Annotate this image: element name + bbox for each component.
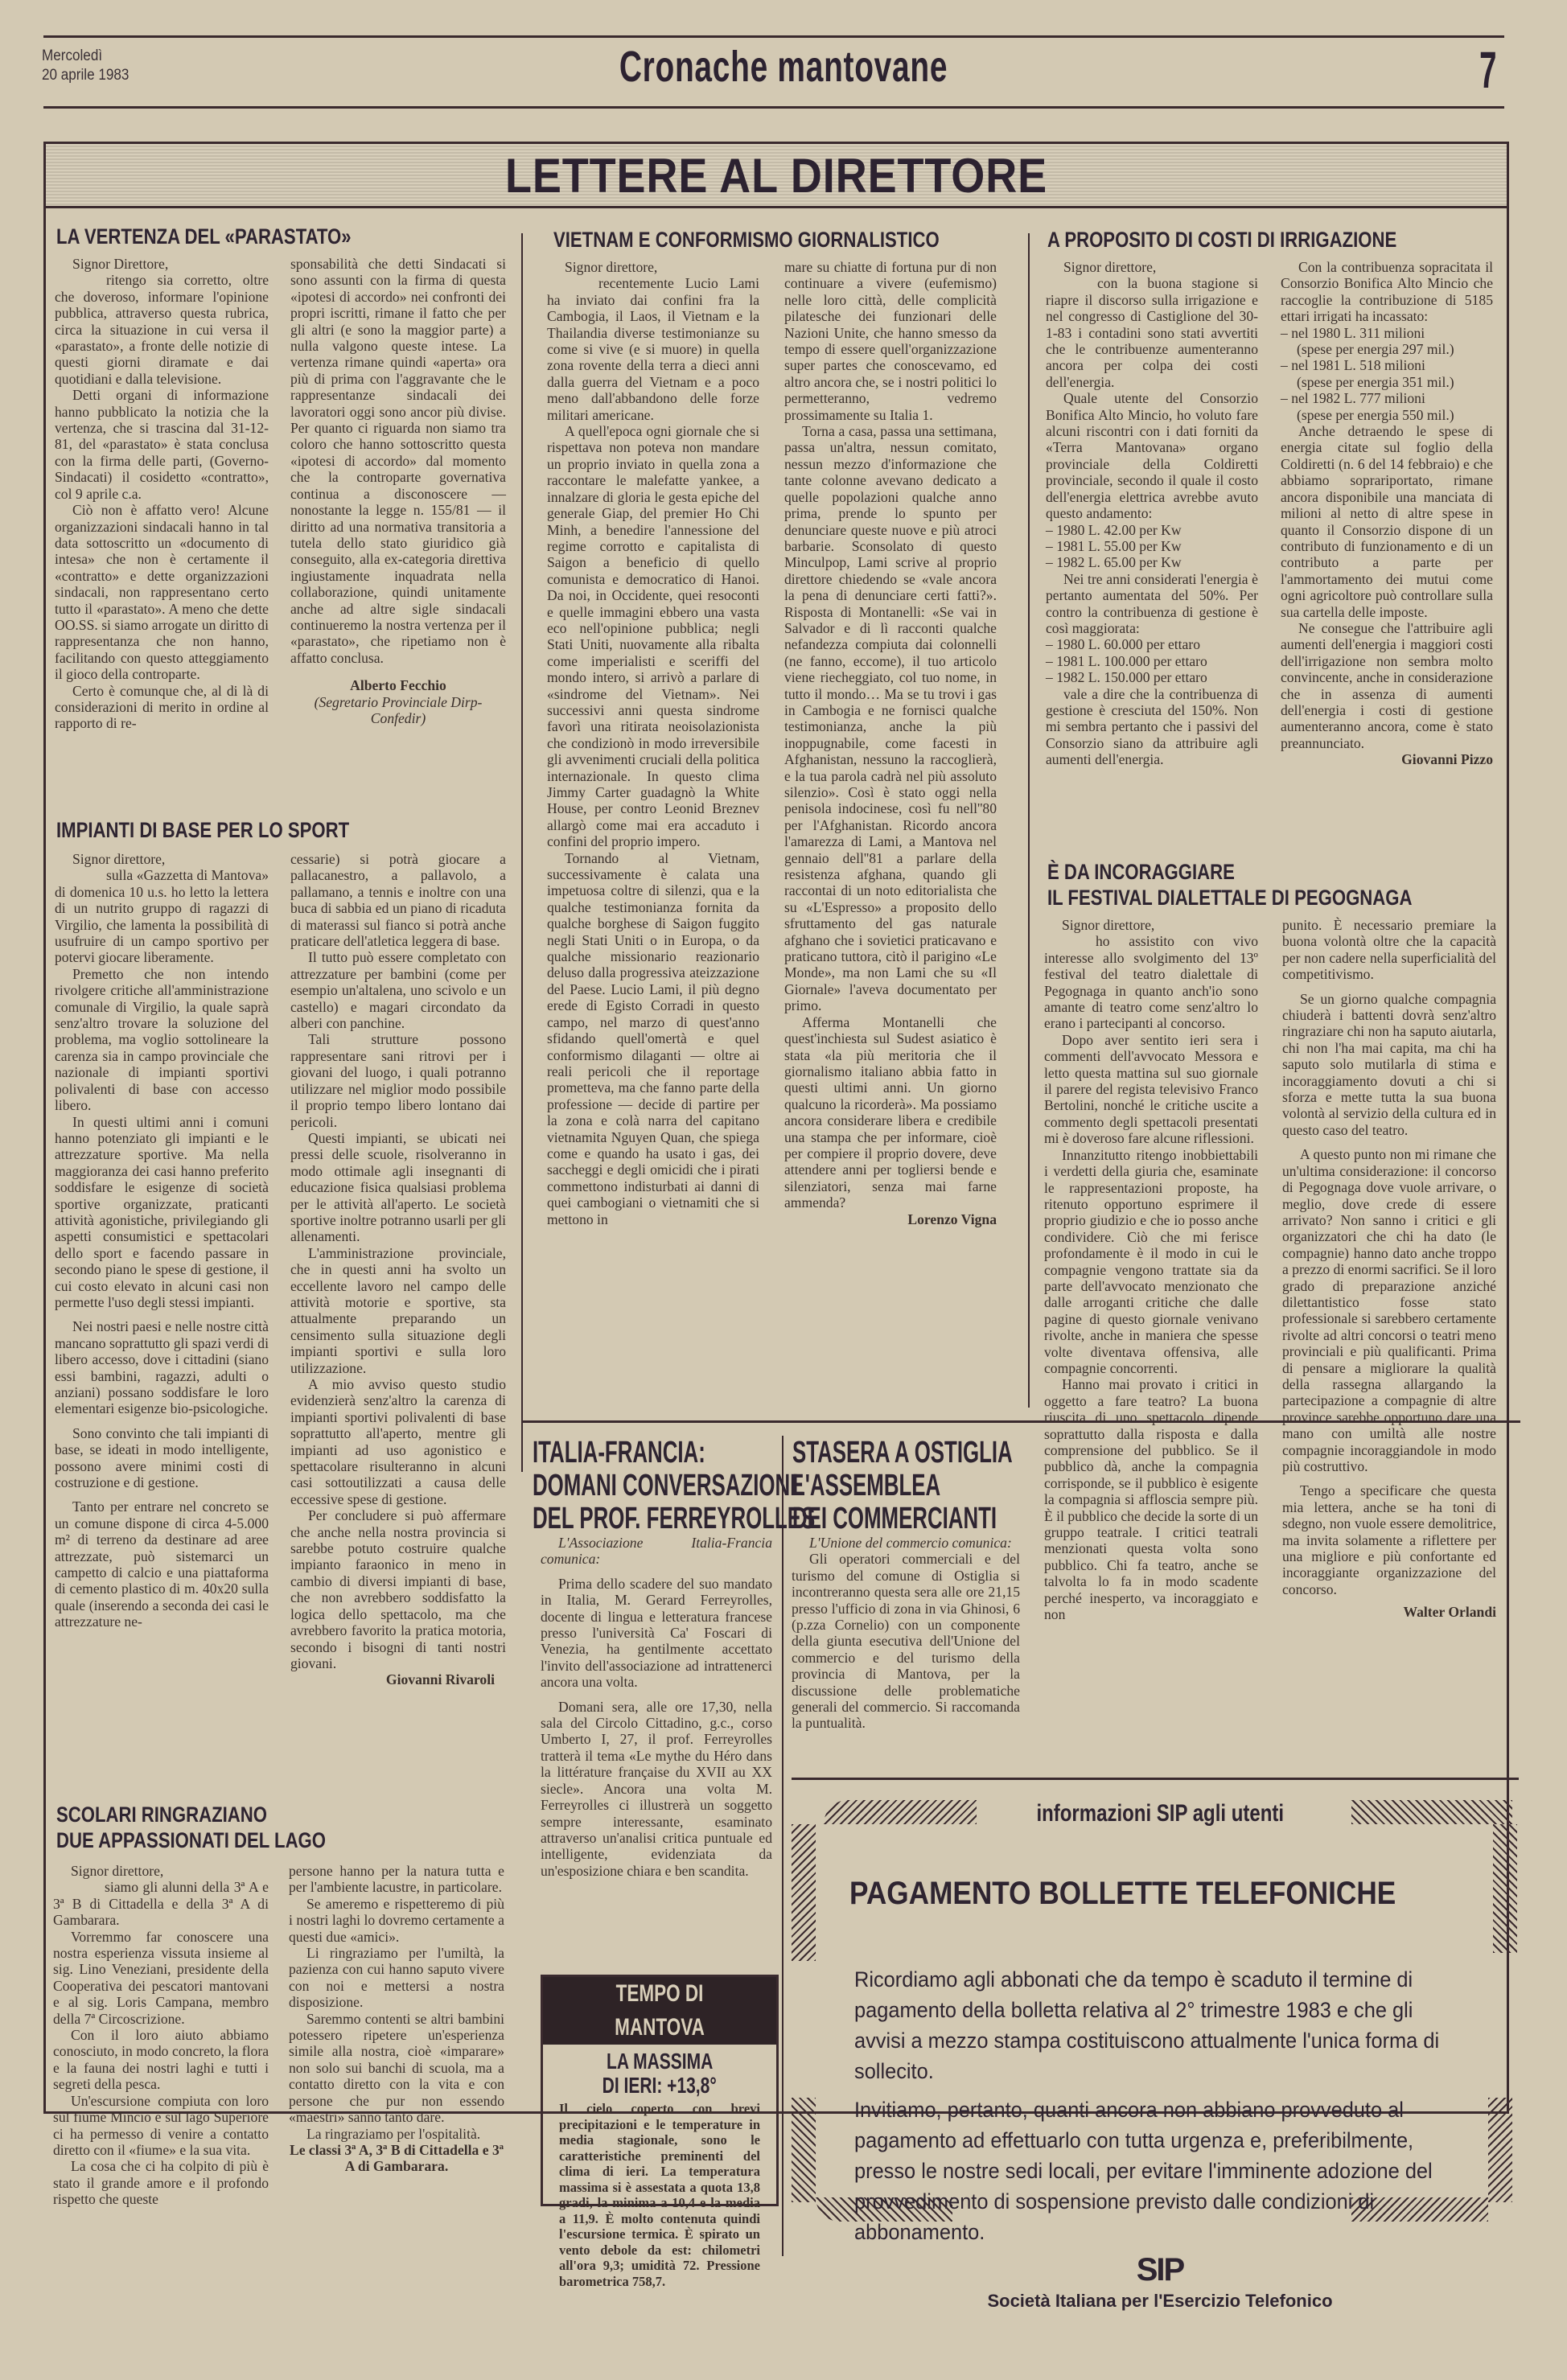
paragraph: Ciò non è affatto vero! Alcune organizza… bbox=[55, 502, 269, 682]
paragraph: Vorremmo far conoscere una nostra esperi… bbox=[53, 1929, 269, 2027]
sip-advertisement: informazioni SIP agli utenti PAGAMENTO B… bbox=[792, 1779, 1528, 2262]
revenue-item: – nel 1981 L. 518 milioni bbox=[1281, 357, 1493, 373]
headline-italia-francia: ITALIA-FRANCIA: DOMANI CONVERSAZIONE DEL… bbox=[533, 1437, 815, 1535]
energy-cost-item: – 1980 L. 42.00 per Kw bbox=[1046, 522, 1258, 538]
headline-line: IL FESTIVAL DIALETTALE DI PEGOGNAGA bbox=[1047, 885, 1412, 910]
paragraph: Certo è comunque che, al di là di consid… bbox=[55, 683, 269, 732]
headline-line: DUE APPASSIONATI DEL LAGO bbox=[56, 1827, 326, 1853]
headline-irrigazione: A PROPOSITO DI COSTI DI IRRIGAZIONE bbox=[1047, 227, 1396, 253]
headline-parastato: LA VERTENZA DEL «PARASTATO» bbox=[56, 224, 352, 249]
pegognaga-col1: Signor direttore, ho assistito con vivo … bbox=[1044, 917, 1258, 1622]
paragraph: Detti organi di informazione hanno pubbl… bbox=[55, 387, 269, 502]
paragraph: Tornando al Vietnam, successivamente è c… bbox=[547, 850, 759, 1227]
signature: Walter Orlandi bbox=[1282, 1604, 1496, 1620]
paragraph: Nei nostri paesi e nelle nostre città ma… bbox=[55, 1318, 269, 1416]
headline-line: DOMANI CONVERSAZIONE bbox=[533, 1470, 815, 1502]
headline-line: STASERA A OSTIGLIA bbox=[792, 1437, 1013, 1470]
headline-vietnam: VIETNAM E CONFORMISMO GIORNALISTICO bbox=[553, 227, 940, 253]
paragraph: Prima dello scadere del suo mandato in I… bbox=[541, 1576, 772, 1691]
masthead-date: Mercoledì 20 aprile 1983 bbox=[42, 47, 129, 85]
paragraph: L'amministrazione provinciale, che in qu… bbox=[290, 1245, 506, 1376]
sport-col1: Signor direttore, sulla «Gazzetta di Man… bbox=[55, 851, 269, 1630]
signature-role: (Segretario Provinciale Dirp-Confedir) bbox=[290, 694, 506, 727]
paragraph: La cosa che ci ha colpito di più è stato… bbox=[53, 2158, 269, 2207]
paragraph: Con la contribuenza sopracitata il Conso… bbox=[1281, 259, 1493, 325]
headline-line: L'ASSEMBLEA bbox=[792, 1470, 1013, 1502]
scolari-col2: persone hanno per la natura tutta e per … bbox=[289, 1863, 504, 2175]
paragraph: Saremmo contenti se altri bambini potess… bbox=[289, 2011, 504, 2126]
weather-label: TEMPO DI MANTOVA bbox=[543, 1977, 776, 2045]
column-divider bbox=[1028, 233, 1030, 1408]
pegognaga-col2: punito. È necessario premiare la buona v… bbox=[1282, 917, 1496, 1621]
paragraph: Gli operatori commerciali e del turismo … bbox=[792, 1551, 1020, 1731]
paragraph: mare su chiatte di fortuna pur di non co… bbox=[784, 259, 997, 423]
headline-line: ITALIA-FRANCIA: bbox=[533, 1437, 815, 1470]
paragraph: Li ringraziamo per l'umiltà, la pazienza… bbox=[289, 1945, 504, 2011]
paragraph: Con il loro aiuto abbiamo conosciuto, in… bbox=[53, 2027, 269, 2093]
paragraph: Dopo aver sentito ieri sera i commenti d… bbox=[1044, 1032, 1258, 1147]
paragraph: cessarie) si potrà giocare a pallacanest… bbox=[290, 851, 506, 949]
banner-title: LETTERE AL DIRETTORE bbox=[119, 144, 1433, 208]
paragraph: Afferma Montanelli che quest'inchiesta s… bbox=[784, 1014, 997, 1211]
paragraph: Hanno mai provato i critici in oggetto a… bbox=[1044, 1376, 1258, 1622]
masthead-bottom-rule bbox=[43, 106, 1504, 109]
paragraph: Per concludere si può affermare che anch… bbox=[290, 1507, 506, 1671]
signature: Giovanni Pizzo bbox=[1281, 751, 1493, 767]
ostiglia-body: L'Unione del commercio comunica: Gli ope… bbox=[792, 1535, 1020, 1732]
hatch-decoration bbox=[1493, 1824, 1517, 1953]
energy-cost-item: – 1982 L. 65.00 per Kw bbox=[1046, 554, 1258, 570]
revenue-item: – nel 1982 L. 777 milioni bbox=[1281, 390, 1493, 406]
fee-item: – 1981 L. 100.000 per ettaro bbox=[1046, 653, 1258, 669]
paragraph: Innanzitutto ritengo inobbiettabili i ve… bbox=[1044, 1147, 1258, 1377]
paragraph: Tanto per entrare nel concreto se un com… bbox=[55, 1498, 269, 1630]
column-divider bbox=[521, 233, 523, 1472]
sip-logo: SIP bbox=[792, 2252, 1528, 2288]
salutation: Signor direttore, bbox=[55, 851, 269, 867]
paragraph: A mio avviso questo studio evidenzierà s… bbox=[290, 1376, 506, 1507]
paragraph: Un'escursione compiuta con loro sul fium… bbox=[53, 2093, 269, 2159]
paragraph: La ringraziamo per l'ospitalità. bbox=[289, 2126, 504, 2142]
signature: Giovanni Rivaroli bbox=[290, 1671, 506, 1687]
paragraph: Tengo a specificare che questa mia lette… bbox=[1282, 1482, 1496, 1597]
scolari-col1: Signor direttore, siamo gli alunni della… bbox=[53, 1863, 269, 2208]
fee-item: – 1980 L. 60.000 per ettaro bbox=[1046, 636, 1258, 652]
weather-headline: LA MASSIMA DI IERI: +13,8° bbox=[543, 2049, 776, 2098]
paragraph: Anche detraendo le spese di energia cita… bbox=[1281, 423, 1493, 620]
headline-line: È DA INCORAGGIARE bbox=[1047, 859, 1412, 885]
paragraph: ritengo sia corretto, oltre che doveroso… bbox=[55, 272, 269, 387]
ad-paragraph-2: Invitiamo, pertanto, quanti ancora non a… bbox=[854, 2094, 1444, 2247]
weather-box: TEMPO DI MANTOVA LA MASSIMA DI IERI: +13… bbox=[541, 1975, 779, 2206]
headline-scolari: SCOLARI RINGRAZIANO DUE APPASSIONATI DEL… bbox=[56, 1802, 326, 1853]
paragraph: Torna a casa, passa una settimana, passa… bbox=[784, 423, 997, 1014]
hatch-decoration bbox=[792, 1824, 816, 1961]
signature: Le classi 3ª A, 3ª B di Cittadella e 3ª … bbox=[289, 2142, 504, 2175]
revenue-note: (spese per energia 550 mil.) bbox=[1281, 407, 1493, 423]
headline-pegognaga: È DA INCORAGGIARE IL FESTIVAL DIALETTALE… bbox=[1047, 859, 1412, 910]
ad-paragraph-1: Ricordiamo agli abbonati che da tempo è … bbox=[854, 1964, 1444, 2086]
revenue-item: – nel 1980 L. 311 milioni bbox=[1281, 325, 1493, 341]
masthead-top-rule bbox=[43, 35, 1504, 38]
ad-headline: PAGAMENTO BOLLETTE TELEFONICHE bbox=[849, 1876, 1396, 1912]
paragraph: Quale utente del Consorzio Bonifica Alto… bbox=[1046, 390, 1258, 521]
energy-cost-item: – 1981 L. 55.00 per Kw bbox=[1046, 538, 1258, 554]
salutation: Signor direttore, bbox=[547, 259, 759, 275]
ad-kicker: informazioni SIP agli utenti bbox=[792, 1800, 1528, 1827]
hatch-decoration bbox=[792, 2098, 816, 2202]
ad-company: Società Italiana per l'Esercizio Telefon… bbox=[792, 2291, 1528, 2312]
paragraph: Premetto che non intendo rivolgere criti… bbox=[55, 966, 269, 1114]
headline-line: LA MASSIMA bbox=[607, 2049, 713, 2074]
paragraph: con la buona stagione si riapre il disco… bbox=[1046, 275, 1258, 390]
paragraph: Domani sera, alle ore 17,30, nella sala … bbox=[541, 1699, 772, 1879]
paragraph: Ne consegue che l'attribuire agli aument… bbox=[1281, 620, 1493, 751]
italia-francia-body: L'Associazione Italia-Francia comunica: … bbox=[541, 1535, 772, 1879]
weather-body: Il cielo coperto con brevi precipitazion… bbox=[543, 2098, 776, 2289]
paragraph: ho assistito con vivo interesse allo svo… bbox=[1044, 933, 1258, 1031]
paragraph: punito. È necessario premiare la buona v… bbox=[1282, 917, 1496, 983]
irrigazione-col2: Con la contribuenza sopracitata il Conso… bbox=[1281, 259, 1493, 768]
salutation: Signor direttore, bbox=[53, 1863, 269, 1879]
paragraph: Sono convinto che tali impianti di base,… bbox=[55, 1425, 269, 1491]
weather-label-text: TEMPO DI MANTOVA bbox=[572, 1977, 747, 2045]
hatch-decoration bbox=[1488, 2098, 1512, 2202]
ad-kicker-text: informazioni SIP agli utenti bbox=[1036, 1800, 1284, 1827]
vietnam-col2: mare su chiatte di fortuna pur di non co… bbox=[784, 259, 997, 1227]
page-number: 7 bbox=[1480, 40, 1497, 100]
paragraph: Tali strutture possono rappresentare san… bbox=[290, 1031, 506, 1129]
masthead-date-text: 20 aprile 1983 bbox=[42, 66, 129, 85]
notice-intro: L'Associazione Italia-Francia comunica: bbox=[541, 1535, 772, 1568]
paragraph: sulla «Gazzetta di Mantova» di domenica … bbox=[55, 867, 269, 965]
section-banner: LETTERE AL DIRETTORE bbox=[43, 142, 1509, 208]
headline-line: SCOLARI RINGRAZIANO bbox=[56, 1802, 326, 1827]
headline-line: DI IERI: +13,8° bbox=[603, 2074, 717, 2098]
paragraph: siamo gli alunni della 3ª A e 3ª B di Ci… bbox=[53, 1879, 269, 1928]
paragraph: In questi ultimi anni i comuni hanno pot… bbox=[55, 1114, 269, 1311]
parastato-col2: sponsabilità che detti Sindacati si sono… bbox=[290, 256, 506, 726]
paragraph: persone hanno per la natura tutta e per … bbox=[289, 1863, 504, 1896]
salutation: Signor Direttore, bbox=[55, 256, 269, 272]
paragraph: A quell'epoca ogni giornale che si rispe… bbox=[547, 423, 759, 850]
headline-ostiglia: STASERA A OSTIGLIA L'ASSEMBLEA DEI COMME… bbox=[792, 1437, 1013, 1535]
paragraph: A questo punto non mi rimane che un'ulti… bbox=[1282, 1146, 1496, 1474]
salutation: Signor direttore, bbox=[1046, 259, 1258, 275]
column-divider bbox=[782, 1436, 783, 2256]
paragraph: recentemente Lucio Lami ha inviato dai c… bbox=[547, 275, 759, 423]
revenue-note: (spese per energia 297 mil.) bbox=[1281, 341, 1493, 357]
section-title: Cronache mantovane bbox=[220, 42, 1348, 92]
irrigazione-col1: Signor direttore, con la buona stagione … bbox=[1046, 259, 1258, 768]
paragraph: Se ameremo e rispetteremo di più i nostr… bbox=[289, 1896, 504, 1945]
signature: Alberto Fecchio bbox=[290, 677, 506, 693]
vietnam-col1: Signor direttore, recentemente Lucio Lam… bbox=[547, 259, 759, 1227]
paragraph: Se un giorno qualche compagnia chiuderà … bbox=[1282, 991, 1496, 1139]
paragraph: vale a dire che la contribuenza di gesti… bbox=[1046, 686, 1258, 768]
headline-line: DEI COMMERCIANTI bbox=[792, 1502, 1013, 1535]
paragraph: sponsabilità che detti Sindacati si sono… bbox=[290, 256, 506, 666]
notice-intro: L'Unione del commercio comunica: bbox=[792, 1535, 1020, 1551]
sport-col2: cessarie) si potrà giocare a pallacanest… bbox=[290, 851, 506, 1688]
parastato-col1: Signor Direttore, ritengo sia corretto, … bbox=[55, 256, 269, 732]
paragraph: Questi impianti, se ubicati nei pressi d… bbox=[290, 1130, 506, 1245]
headline-sport: IMPIANTI DI BASE PER LO SPORT bbox=[56, 817, 349, 843]
paragraph: Nei tre anni considerati l'energia è per… bbox=[1046, 571, 1258, 637]
signature: Lorenzo Vigna bbox=[784, 1211, 997, 1227]
masthead-weekday: Mercoledì bbox=[42, 47, 129, 66]
salutation: Signor direttore, bbox=[1044, 917, 1258, 933]
headline-line: DEL PROF. FERREYROLLES bbox=[533, 1502, 815, 1535]
fee-item: – 1982 L. 150.000 per ettaro bbox=[1046, 669, 1258, 685]
revenue-note: (spese per energia 351 mil.) bbox=[1281, 374, 1493, 390]
paragraph: Il tutto può essere completato con attre… bbox=[290, 949, 506, 1031]
